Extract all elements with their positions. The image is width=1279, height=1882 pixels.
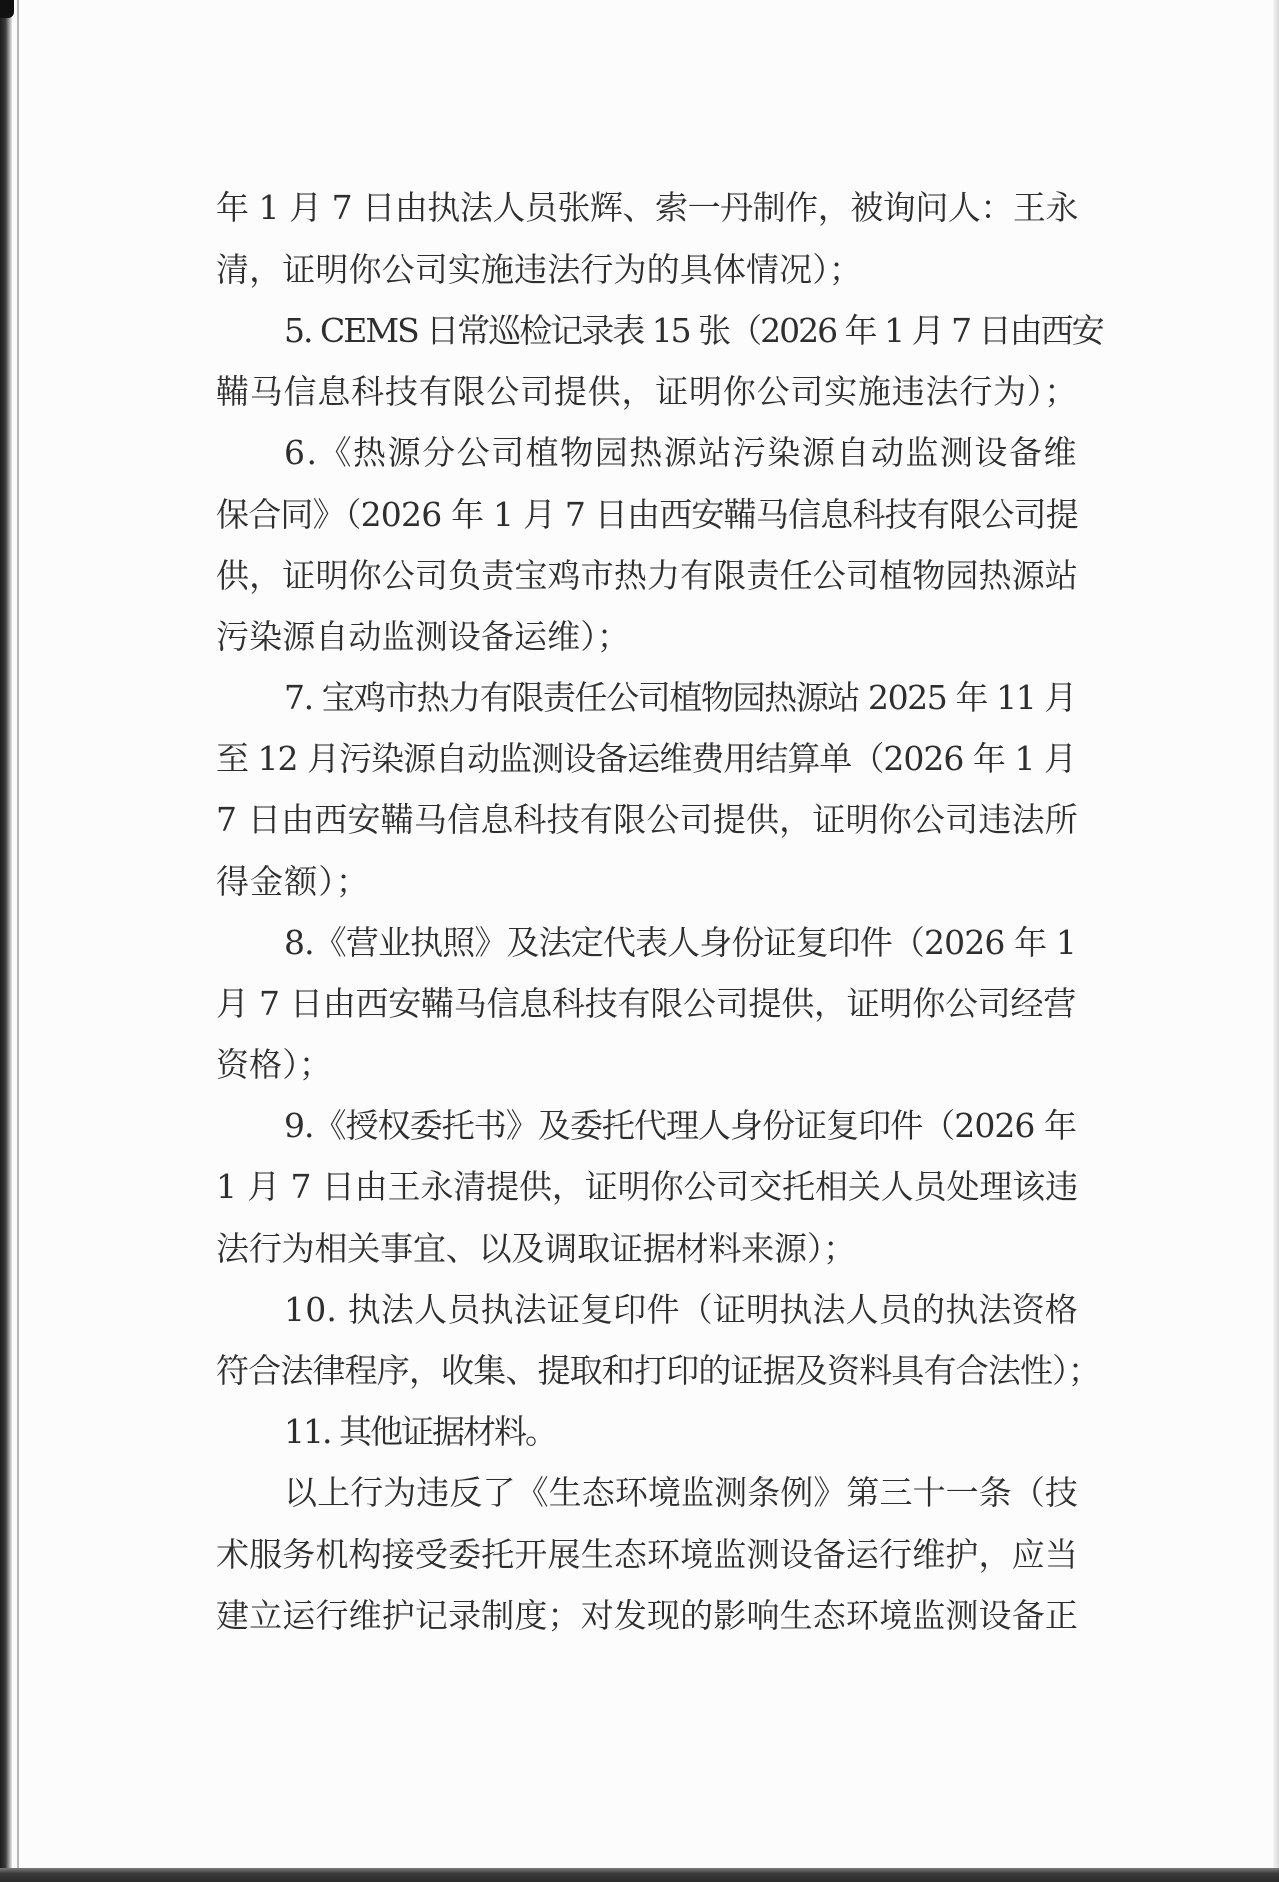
scan-bottom-edge-shadow: [0, 1868, 1279, 1882]
text-line: 符合法律程序，收集、提取和打印的证据及资料具有合法性）；: [216, 1351, 1100, 1391]
text-line: 1 月 7 日由王永清提供，证明你公司交托相关人员处理该违: [216, 1167, 1078, 1207]
text-line: 7. 宝鸡市热力有限责任公司植物园热源站 2025 年 11 月: [284, 678, 1076, 718]
text-line: 术服务机构接受委托开展生态环境监测设备运行维护，应当: [216, 1535, 1078, 1575]
text-line: 资格）；: [216, 1045, 332, 1085]
text-line: 污染源自动监测设备运维）；: [216, 617, 630, 657]
scan-left-edge-line: [17, 0, 19, 1882]
text-line: 鞴马信息科技有限公司提供，证明你公司实施违法行为）；: [216, 372, 1078, 412]
text-line: 保合同》（2026 年 1 月 7 日由西安鞴马信息科技有限公司提: [216, 495, 1078, 535]
text-line: 9.《授权委托书》及委托代理人身份证复印件（2026 年: [284, 1106, 1076, 1146]
text-line: 7 日由西安鞴马信息科技有限公司提供，证明你公司违法所: [216, 800, 1078, 840]
text-line: 8.《营业执照》及法定代表人身份证复印件（2026 年 1: [284, 923, 1076, 963]
text-line: 10. 执法人员执法证复印件（证明执法人员的执法资格: [284, 1290, 1078, 1330]
text-line: 年 1 月 7 日由执法人员张辉、索一丹制作，被询问人：王永: [216, 188, 1078, 228]
text-line: 清，证明你公司实施违法行为的具体情况）；: [216, 250, 862, 290]
scan-right-edge-shadow: [1273, 0, 1279, 1882]
text-line: 得金额）；: [216, 862, 370, 902]
text-line: 法行为相关事宜、以及调取证据材料来源）；: [216, 1229, 856, 1269]
document-page: 年 1 月 7 日由执法人员张辉、索一丹制作，被询问人：王永清，证明你公司实施违…: [0, 0, 1279, 1868]
text-line: 建立运行维护记录制度；对发现的影响生态环境监测设备正: [216, 1596, 1078, 1636]
scan-left-edge-shadow: [0, 0, 12, 1882]
text-line: 月 7 日由西安鞴马信息科技有限公司提供，证明你公司经营: [216, 984, 1076, 1024]
scan-top-corner-shadow: [0, 0, 14, 18]
text-line: 供，证明你公司负责宝鸡市热力有限责任公司植物园热源站: [216, 556, 1078, 596]
text-line: 至 12 月污染源自动监测设备运维费用结算单（2026 年 1 月: [216, 739, 1076, 779]
text-line: 11. 其他证据材料。: [284, 1412, 556, 1452]
text-line: 6.《热源分公司植物园热源站污染源自动监测设备维: [284, 433, 1078, 473]
text-line: 以上行为违反了《生态环境监测条例》第三十一条（技: [284, 1473, 1078, 1513]
text-line: 5. CEMS 日常巡检记录表 15 张（2026 年 1 月 7 日由西安: [284, 311, 1103, 351]
